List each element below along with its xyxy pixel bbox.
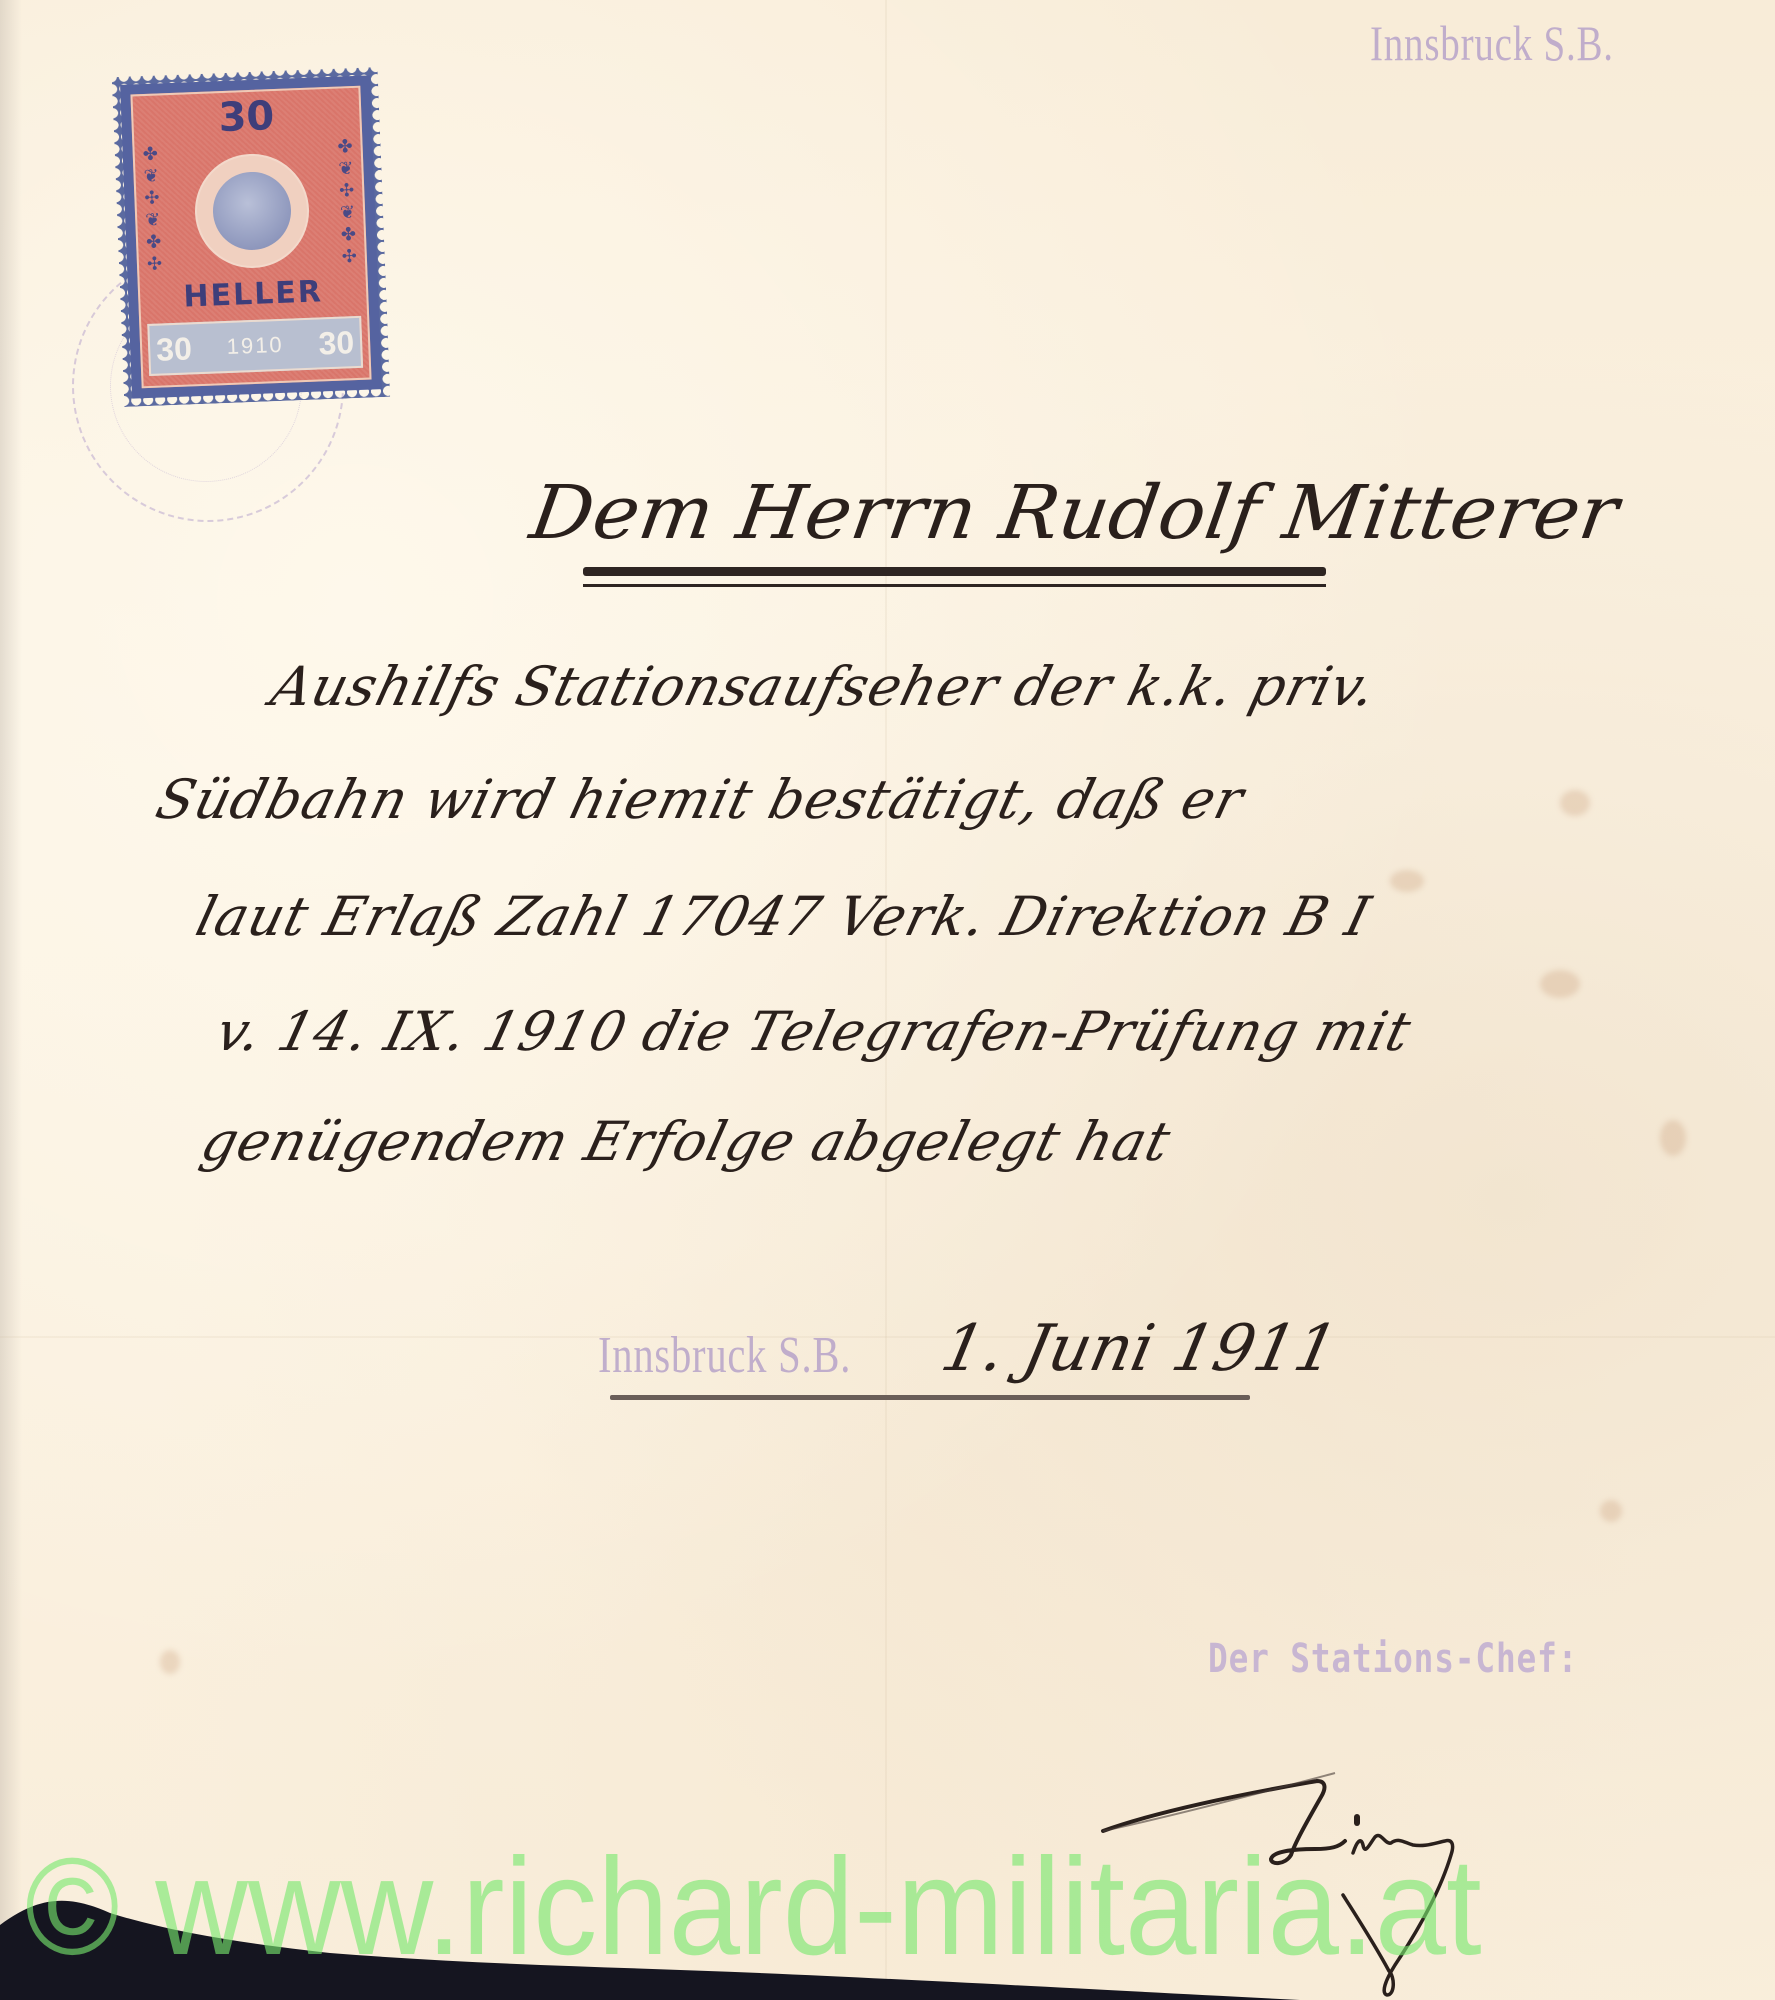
- addressee-underline-thin: [583, 584, 1326, 587]
- copyright-watermark: © www.richard-militaria.at: [25, 1828, 1482, 1987]
- stamp-value-top: 30: [133, 90, 361, 145]
- stamp-value-band: 30 1910 30: [147, 316, 363, 376]
- revenue-stamp: 30 ✤❦✣❦✤✣ ✤❦✣❦✤✣ ÖSTERREICHISCHE STEMPEL…: [112, 67, 390, 407]
- emperor-portrait-icon: [212, 170, 293, 251]
- stamp-band-value-right: 30: [318, 324, 355, 362]
- station-stamp-date-line: Innsbruck S.B.: [598, 1326, 851, 1385]
- stamp-band-value-left: 30: [156, 330, 193, 368]
- stamp-medallion: ÖSTERREICHISCHE STEMPELMARKE: [193, 152, 311, 270]
- foxing-spot: [1390, 870, 1424, 892]
- body-line-3: laut Erlaß Zahl 17047 Verk. Direktion B …: [190, 885, 1377, 948]
- body-line-1: Aushilfs Stationsaufseher der k.k. priv.: [265, 655, 1383, 718]
- body-line-2: Südbahn wird hiemit bestätigt, daß er: [150, 768, 1250, 831]
- addressee-line: Dem Herrn Rudolf Mitterer: [525, 470, 1624, 556]
- horizontal-fold-line: [0, 1336, 1775, 1338]
- date-underline: [610, 1395, 1250, 1400]
- body-line-5: genügendem Erfolge abgelegt hat: [195, 1110, 1177, 1173]
- station-chief-stamp: Der Stations-Chef:: [1208, 1636, 1578, 1682]
- foxing-spot: [1560, 790, 1590, 816]
- station-stamp-top: Innsbruck S.B.: [1370, 14, 1614, 72]
- addressee-underline-thick: [583, 567, 1326, 576]
- page-edge-shadow: [0, 0, 22, 2000]
- foxing-spot: [1600, 1500, 1622, 1522]
- stamp-face: 30 ✤❦✣❦✤✣ ✤❦✣❦✤✣ ÖSTERREICHISCHE STEMPEL…: [130, 86, 371, 389]
- foxing-spot: [160, 1650, 180, 1674]
- body-line-4: v. 14. IX. 1910 die Telegrafen-Prüfung m…: [210, 1000, 1418, 1063]
- stamp-ornament-left-icon: ✤❦✣❦✤✣: [142, 144, 162, 276]
- handwritten-date: 1. Juni 1911: [935, 1312, 1344, 1386]
- stamp-denomination: HELLER: [140, 273, 367, 317]
- stamp-ornament-right-icon: ✤❦✣❦✤✣: [337, 136, 357, 268]
- foxing-spot: [1660, 1120, 1686, 1156]
- stamp-band-year: 1910: [226, 332, 284, 360]
- foxing-spot: [1540, 970, 1580, 998]
